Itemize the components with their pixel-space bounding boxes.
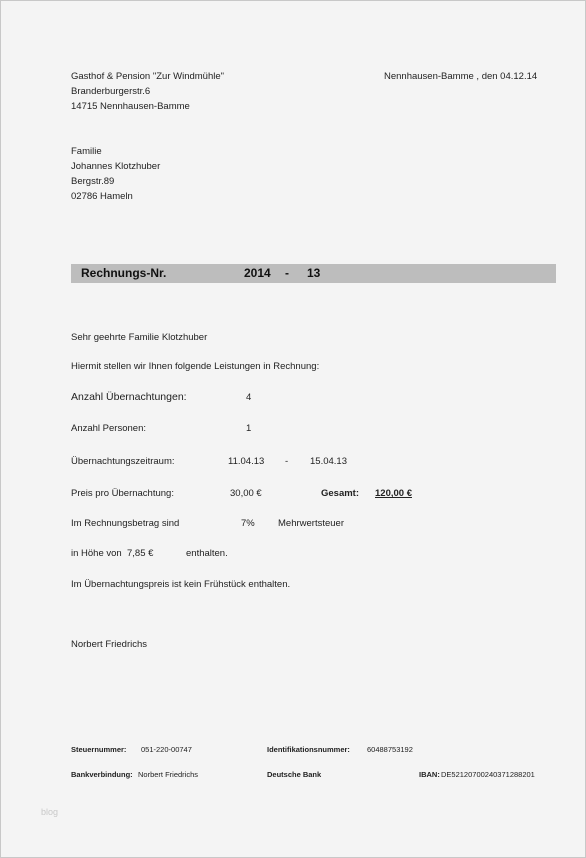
period-label: Übernachtungszeitraum: xyxy=(71,454,175,469)
recipient-street: Bergstr.89 xyxy=(71,174,160,189)
invoice-year: 2014 xyxy=(244,264,271,283)
invoice-number-bar: Rechnungs-Nr. 2014 - 13 xyxy=(71,264,556,283)
period-from: 11.04.13 xyxy=(228,454,264,469)
total-label: Gesamt: xyxy=(321,486,359,501)
vat-amount-prefix: in Höhe von xyxy=(71,546,122,561)
bank-name: Deutsche Bank xyxy=(267,767,321,782)
nights-value: 4 xyxy=(246,390,251,405)
id-value: 60488753192 xyxy=(367,742,413,757)
salutation: Sehr geehrte Familie Klotzhuber xyxy=(71,330,207,345)
vat-word: Mehrwertsteuer xyxy=(278,516,344,531)
sender-name: Gasthof & Pension "Zur Windmühle" xyxy=(71,69,224,84)
persons-value: 1 xyxy=(246,421,251,436)
recipient-name: Johannes Klotzhuber xyxy=(71,159,160,174)
recipient-line1: Familie xyxy=(71,144,160,159)
vat-amount-suffix: enthalten. xyxy=(186,546,228,561)
iban-label: IBAN: xyxy=(419,767,440,782)
invoice-separator: - xyxy=(285,264,289,283)
intro-text: Hiermit stellen wir Ihnen folgende Leist… xyxy=(71,359,319,374)
iban-value: DE52120700240371288201 xyxy=(441,767,535,782)
breakfast-note: Im Übernachtungspreis ist kein Frühstück… xyxy=(71,577,290,592)
period-to: 15.04.13 xyxy=(310,454,347,469)
total-value: 120,00 € xyxy=(375,486,412,501)
recipient-address: Familie Johannes Klotzhuber Bergstr.89 0… xyxy=(71,144,160,204)
sender-street: Branderburgerstr.6 xyxy=(71,84,224,99)
bank-holder: Norbert Friedrichs xyxy=(138,767,198,782)
persons-label: Anzahl Personen: xyxy=(71,421,146,436)
vat-prefix: Im Rechnungsbetrag sind xyxy=(71,516,179,531)
signature: Norbert Friedrichs xyxy=(71,637,147,652)
place-date: Nennhausen-Bamme , den 04.12.14 xyxy=(384,69,537,84)
sender-address: Gasthof & Pension "Zur Windmühle" Brande… xyxy=(71,69,224,114)
invoice-label: Rechnungs-Nr. xyxy=(81,264,166,283)
id-label: Identifikationsnummer: xyxy=(267,742,350,757)
sender-city: 14715 Nennhausen-Bamme xyxy=(71,99,224,114)
nights-label: Anzahl Übernachtungen: xyxy=(71,390,187,405)
invoice-number: 13 xyxy=(307,264,320,283)
tax-value: 051-220-00747 xyxy=(141,742,192,757)
bank-label: Bankverbindung: xyxy=(71,767,133,782)
period-separator: - xyxy=(285,454,288,469)
recipient-city: 02786 Hameln xyxy=(71,189,160,204)
tax-label: Steuernummer: xyxy=(71,742,126,757)
price-label: Preis pro Übernachtung: xyxy=(71,486,174,501)
invoice-page: Gasthof & Pension "Zur Windmühle" Brande… xyxy=(0,0,586,858)
vat-amount: 7,85 € xyxy=(127,546,153,561)
vat-rate: 7% xyxy=(241,516,255,531)
watermark: blog xyxy=(41,807,58,817)
price-value: 30,00 € xyxy=(230,486,262,501)
